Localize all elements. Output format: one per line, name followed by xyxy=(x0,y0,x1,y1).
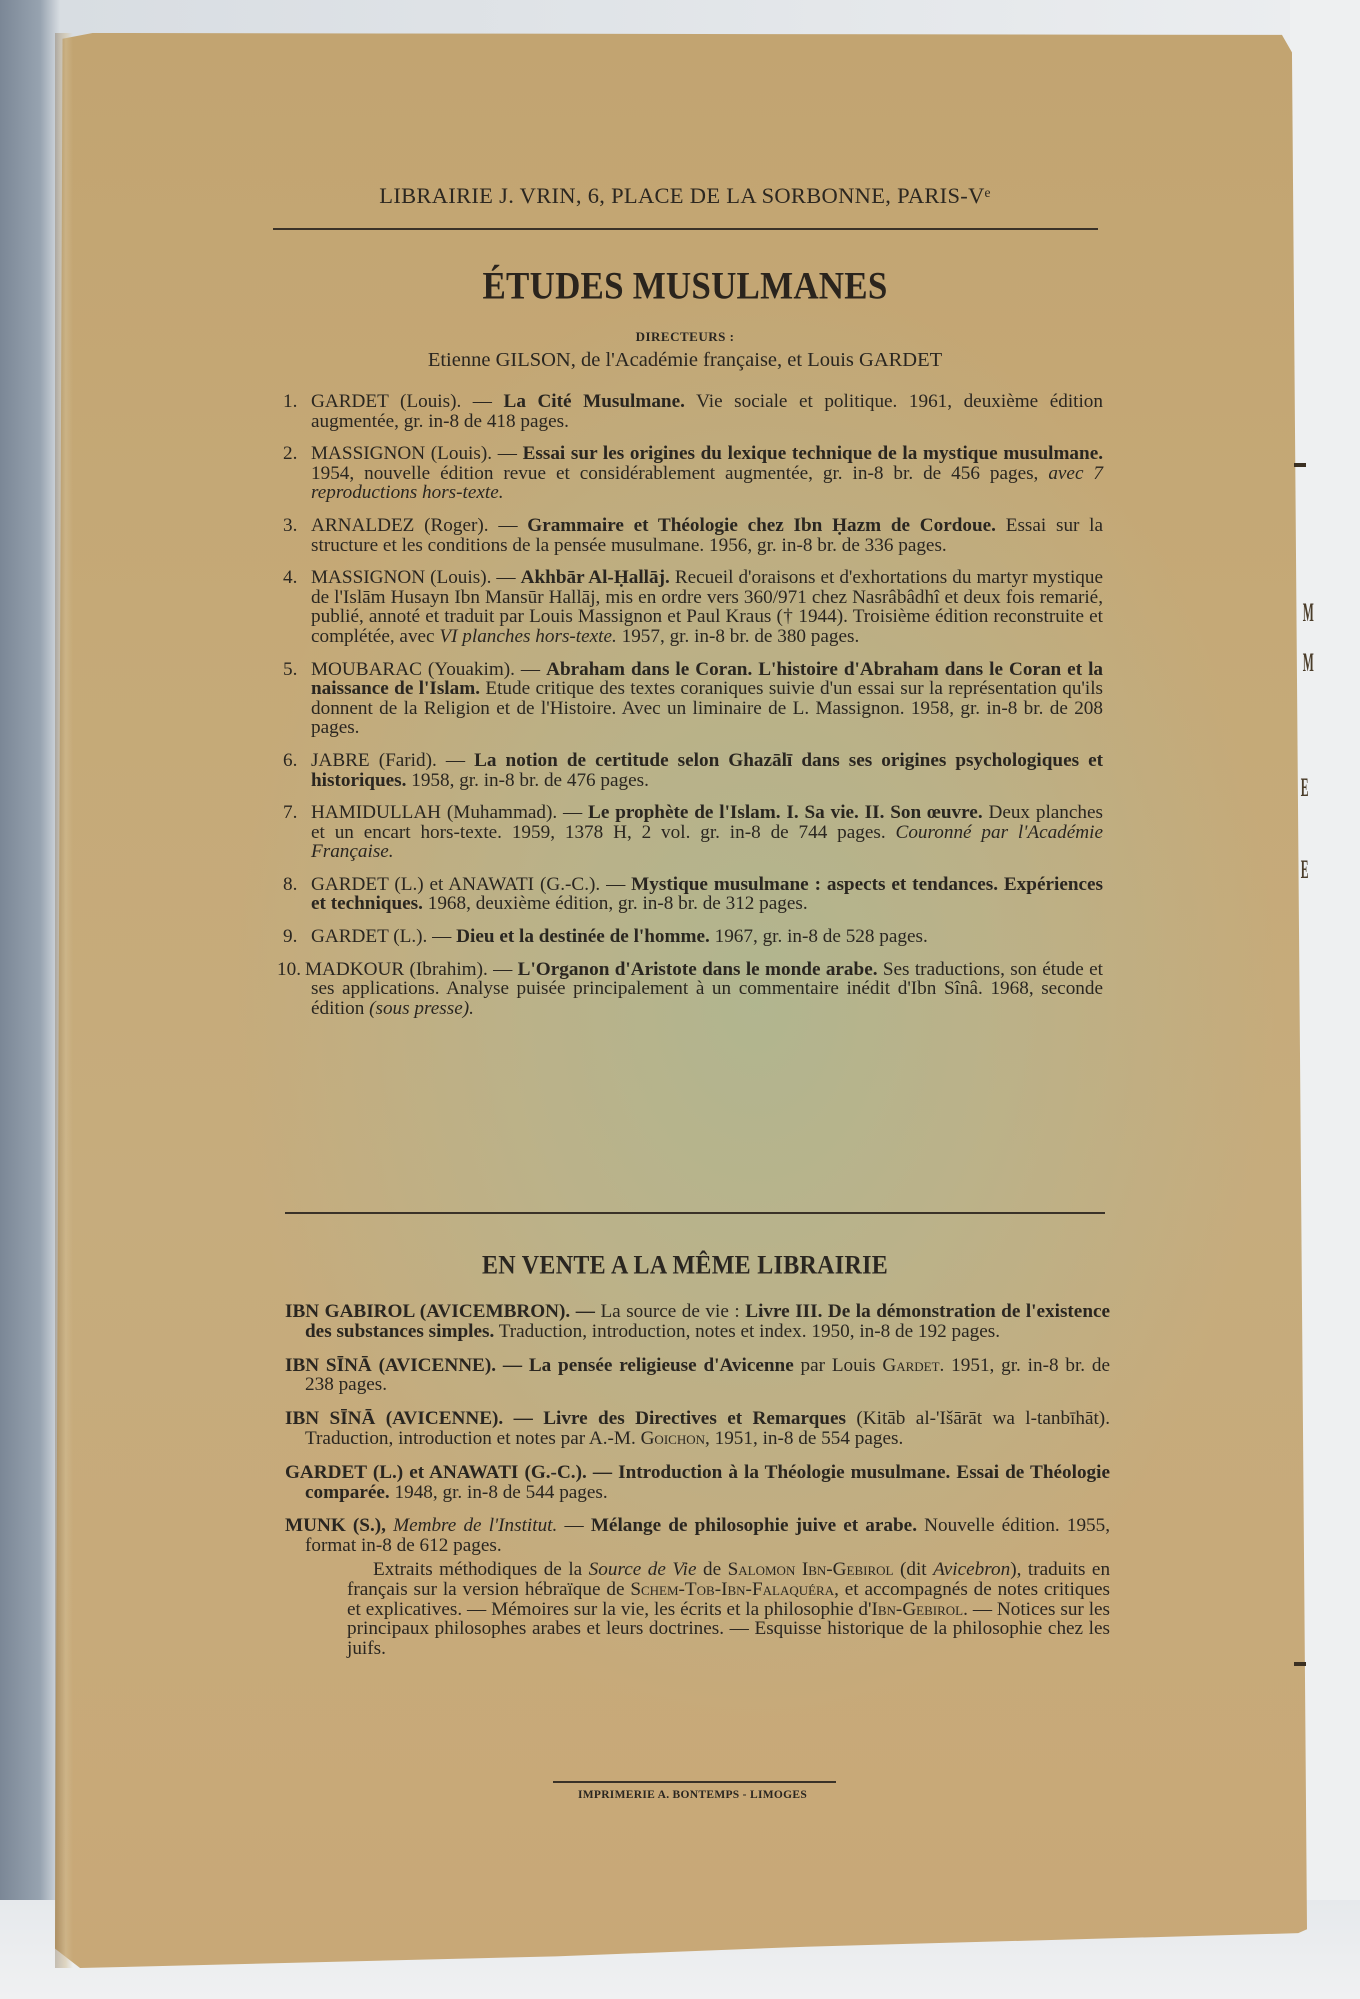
item-title: Mélange de philosophie juive et arabe. xyxy=(591,1515,917,1536)
item-details: 1951, in-8 de 554 pages. xyxy=(715,1428,904,1449)
item-details: 1957, gr. in-8 br. de 380 pages. xyxy=(622,626,860,647)
also-available-list: IBN GABIROL (AVICEMBRON). — La source de… xyxy=(285,1302,1110,1659)
item-title: La Cité Musulmane. xyxy=(504,391,685,412)
list-item: 6.JABRE (Farid). — La notion de certitud… xyxy=(283,751,1103,790)
note-person: Ibn-Gebirol. xyxy=(871,1599,967,1620)
note-person: Salomon Ibn-Gebirol xyxy=(728,1559,894,1580)
list-item: 5.MOUBARAC (Youakim). — Abraham dans le … xyxy=(283,660,1103,738)
item-author: IBN SĪNĀ (AVICENNE). — xyxy=(285,1408,533,1429)
item-title: Akhbār Al-Ḥallāj. xyxy=(521,567,670,588)
item-author: ARNALDEZ (Roger). — xyxy=(311,515,518,536)
item-details: 1948, gr. in-8 de 544 pages. xyxy=(395,1482,608,1503)
item-number: 9. xyxy=(283,927,311,947)
item-author: GARDET (Louis). — xyxy=(311,391,492,412)
item-details: 1967, gr. in-8 de 528 pages. xyxy=(715,926,928,947)
item-number: 5. xyxy=(283,660,311,680)
section-rule xyxy=(285,1212,1105,1214)
publisher-header: LIBRAIRIE J. VRIN, 6, PLACE DE LA SORBON… xyxy=(275,183,1095,209)
item-details: 1954, nouvelle édition revue et considér… xyxy=(311,463,1038,484)
list-item: 4.MASSIGNON (Louis). — Akhbār Al-Ḥallāj.… xyxy=(283,568,1103,646)
item-title: La pensée religieuse d'Avicenne xyxy=(529,1355,794,1376)
item-person: Gardet. xyxy=(882,1355,944,1376)
item-details: 1968, deuxième édition, gr. in-8 br. de … xyxy=(428,893,808,914)
note-italic: Source de Vie xyxy=(589,1559,697,1580)
item-note: VI planches hors-texte. xyxy=(439,626,616,647)
list-item: 1.GARDET (Louis). — La Cité Musulmane. V… xyxy=(283,392,1103,431)
list-item: GARDET (L.) et ANAWATI (G.-C.). — Introd… xyxy=(285,1463,1110,1503)
list-item: IBN SĪNĀ (AVICENNE). — La pensée religie… xyxy=(285,1356,1110,1396)
note-person: Schem-Tob-Ibn-Falaquéra, xyxy=(630,1579,839,1600)
list-item: 7.HAMIDULLAH (Muhammad). — Le prophète d… xyxy=(283,803,1103,862)
directors-names: Etienne GILSON, de l'Académie française,… xyxy=(275,349,1095,372)
note-text: Extraits méthodiques de la xyxy=(347,1559,582,1580)
item-title: Dieu et la destinée de l'homme. xyxy=(456,926,710,947)
item-author: MOUBARAC (Youakim). — xyxy=(311,659,540,680)
item-title: Grammaire et Théologie chez Ibn Ḥazm de … xyxy=(527,515,996,536)
item-dash: — xyxy=(564,1515,583,1536)
item-number: 7. xyxy=(283,803,311,823)
item-author: MADKOUR (Ibrahim). — xyxy=(305,959,512,980)
item-details: Traduction, introduction, notes et index… xyxy=(499,1321,1000,1342)
item-number: 2. xyxy=(283,444,311,464)
printed-page: LIBRAIRIE J. VRIN, 6, PLACE DE LA SORBON… xyxy=(0,0,1360,1999)
note-italic: Avicebron xyxy=(933,1559,1010,1580)
list-item: IBN GABIROL (AVICEMBRON). — La source de… xyxy=(285,1302,1110,1342)
item-author: MASSIGNON (Louis). — xyxy=(311,567,516,588)
item-author: JABRE (Farid). — xyxy=(311,750,465,771)
header-rule xyxy=(273,228,1098,230)
item-details: 1958, gr. in-8 br. de 476 pages. xyxy=(411,770,649,791)
item-author: IBN SĪNĀ (AVICENNE). — xyxy=(285,1355,522,1376)
list-item: 8.GARDET (L.) et ANAWATI (G.-C.). — Myst… xyxy=(283,875,1103,914)
item-note: (sous presse). xyxy=(369,998,474,1019)
note-text: (dit xyxy=(900,1559,927,1580)
item-person: Goichon, xyxy=(641,1428,710,1449)
list-item: MUNK (S.), Membre de l'Institut. — Mélan… xyxy=(285,1516,1110,1556)
printer-credit: IMPRIMERIE A. BONTEMPS - LIMOGES xyxy=(540,1789,845,1801)
item-number: 6. xyxy=(283,751,311,771)
directors-label: DIRECTEURS : xyxy=(275,329,1095,345)
footer-rule xyxy=(553,1781,836,1783)
list-item: 10.MADKOUR (Ibrahim). — L'Organon d'Aris… xyxy=(283,960,1103,1019)
series-title: ÉTUDES MUSULMANES xyxy=(275,264,1095,309)
item-author: MASSIGNON (Louis). — xyxy=(311,443,517,464)
list-item: IBN SĪNĀ (AVICENNE). — Livre des Directi… xyxy=(285,1409,1110,1449)
item-author: MUNK (S.), xyxy=(285,1515,386,1536)
item-author: GARDET (L.) et ANAWATI (G.-C.). — xyxy=(311,874,625,895)
item-title: Le prophète de l'Islam. I. Sa vie. II. S… xyxy=(588,802,983,823)
section-title: EN VENTE A LA MÊME LIBRAIRIE xyxy=(275,1252,1095,1282)
item-number: 8. xyxy=(283,875,311,895)
item-author: IBN GABIROL (AVICEMBRON). — xyxy=(285,1301,595,1322)
item-author: HAMIDULLAH (Muhammad). — xyxy=(311,802,582,823)
item-title: Livre des Directives et Remarques xyxy=(543,1408,846,1429)
item-title-plain: La source de vie : xyxy=(600,1301,739,1322)
item-number: 4. xyxy=(283,568,311,588)
item-details: par Louis xyxy=(801,1355,876,1376)
item-number: 10. xyxy=(277,960,305,980)
series-list: 1.GARDET (Louis). — La Cité Musulmane. V… xyxy=(283,392,1103,1031)
item-author: GARDET (L.) et ANAWATI (G.-C.). — xyxy=(285,1462,612,1483)
item-description: Extraits méthodiques de la Source de Vie… xyxy=(285,1560,1110,1659)
note-text: de xyxy=(703,1559,721,1580)
list-item: 3.ARNALDEZ (Roger). — Grammaire et Théol… xyxy=(283,516,1103,555)
item-title: L'Organon d'Aristote dans le monde arabe… xyxy=(518,959,878,980)
item-number: 3. xyxy=(283,516,311,536)
list-item: 2.MASSIGNON (Louis). — Essai sur les ori… xyxy=(283,444,1103,503)
item-number: 1. xyxy=(283,392,311,412)
item-title: Essai sur les origines du lexique techni… xyxy=(523,443,1103,464)
list-item: 9.GARDET (L.). — Dieu et la destinée de … xyxy=(283,927,1103,947)
item-affiliation: Membre de l'Institut. xyxy=(393,1515,557,1536)
item-author: GARDET (L.). — xyxy=(311,926,451,947)
